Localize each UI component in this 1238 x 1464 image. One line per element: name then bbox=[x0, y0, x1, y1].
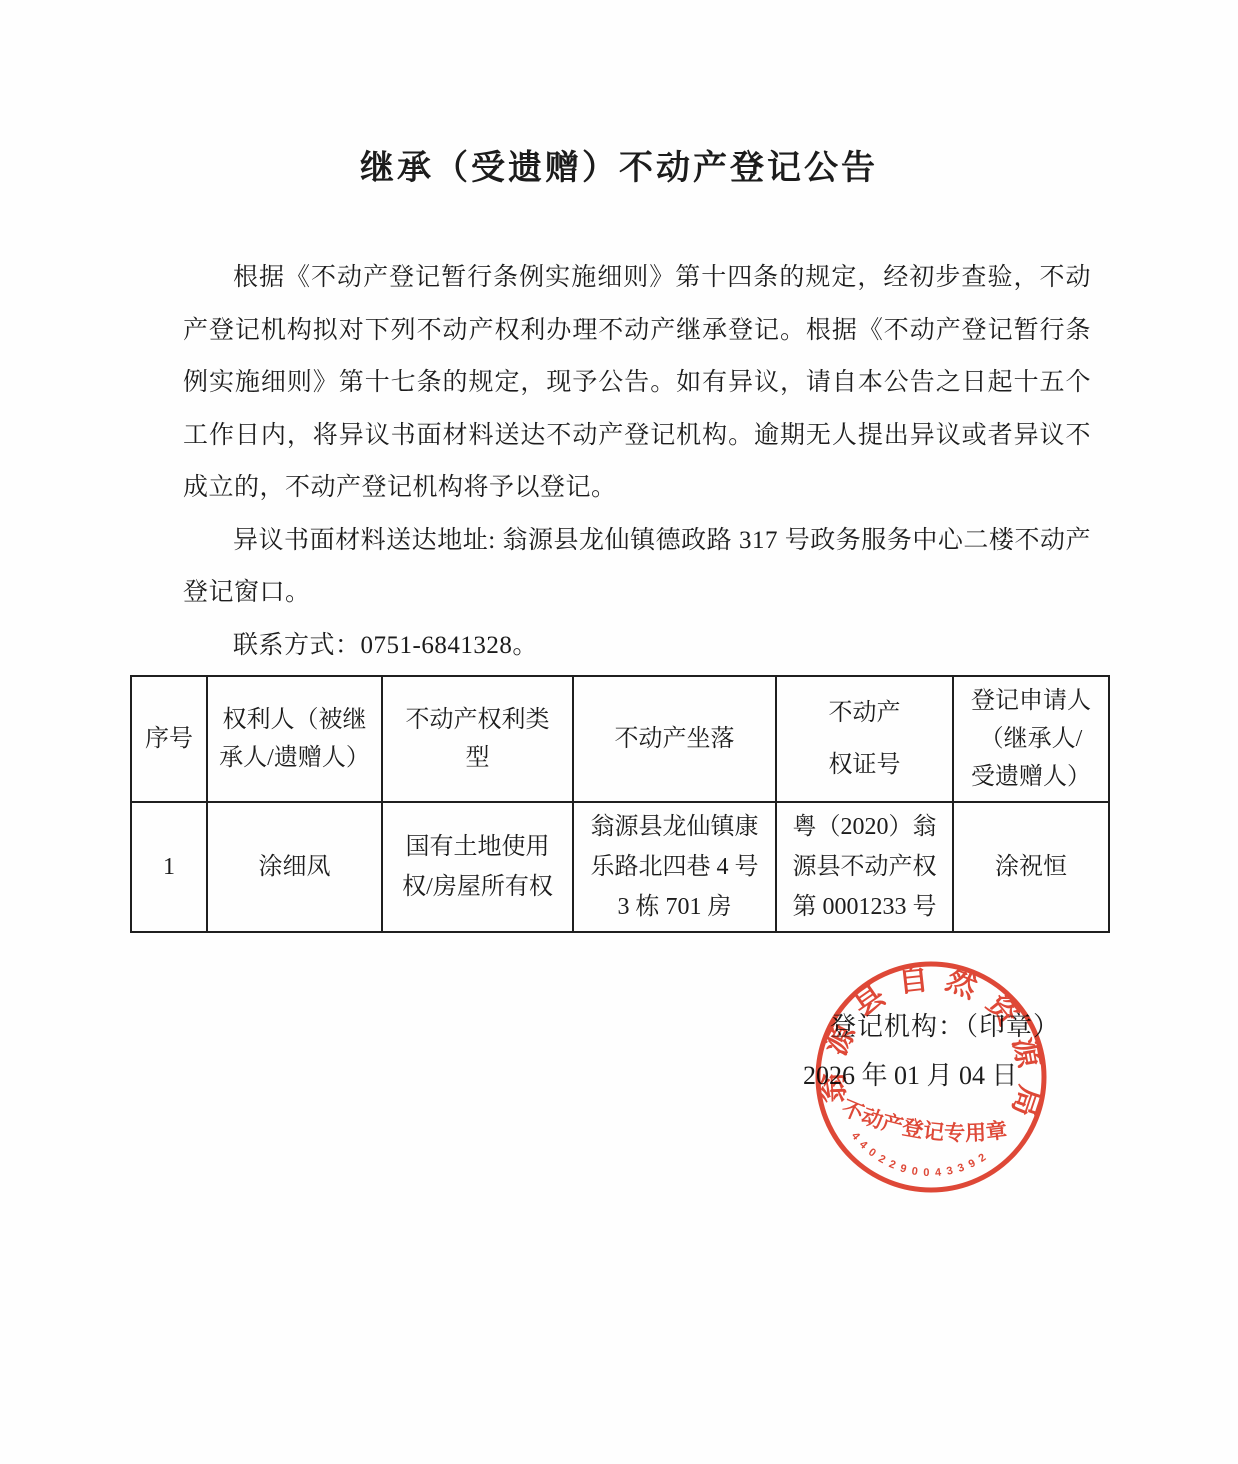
announcement-document: 继承（受遗赠）不动产登记公告 根据《不动产登记暂行条例实施细则》第十四条的规定，… bbox=[0, 0, 1238, 1464]
table-row: 1 涂细凤 国有土地使用 权/房屋所有权 翁源县龙仙镇康 乐路北四巷 4 号 3… bbox=[131, 802, 1109, 932]
col-header-right-holder: 权利人（被继 承人/遗赠人） bbox=[207, 676, 382, 802]
body-text: 根据《不动产登记暂行条例实施细则》第十四条的规定，经初步查验，不动产登记机构拟对… bbox=[183, 252, 1091, 672]
page-title: 继承（受遗赠）不动产登记公告 bbox=[0, 140, 1238, 189]
col-header-index: 序号 bbox=[131, 676, 207, 802]
table-header-row: 序号 权利人（被继 承人/遗赠人） 不动产权利类 型 不动产坐落 不动产 权证号… bbox=[131, 676, 1109, 802]
col-header-certificate-no: 不动产 权证号 bbox=[776, 676, 953, 802]
cell-certificate-no: 粤（2020）翁 源县不动产权 第 0001233 号 bbox=[776, 802, 953, 932]
paragraph-regulation: 根据《不动产登记暂行条例实施细则》第十四条的规定，经初步查验，不动产登记机构拟对… bbox=[183, 252, 1091, 515]
registration-table: 序号 权利人（被继 承人/遗赠人） 不动产权利类 型 不动产坐落 不动产 权证号… bbox=[130, 675, 1110, 933]
cell-location: 翁源县龙仙镇康 乐路北四巷 4 号 3 栋 701 房 bbox=[573, 802, 776, 932]
col-header-right-type: 不动产权利类 型 bbox=[382, 676, 573, 802]
cell-index: 1 bbox=[131, 802, 207, 932]
paragraph-contact: 联系方式：0751-6841328。 bbox=[183, 620, 1091, 673]
cell-right-holder: 涂细凤 bbox=[207, 802, 382, 932]
cell-right-type: 国有土地使用 权/房屋所有权 bbox=[382, 802, 573, 932]
col-header-applicant: 登记申请人 （继承人/ 受遗赠人） bbox=[953, 676, 1109, 802]
official-seal: 翁源县自然资源局 4402290043392 不动产登记专用章 bbox=[811, 957, 1051, 1197]
cell-applicant: 涂祝恒 bbox=[953, 802, 1109, 932]
col-header-location: 不动产坐落 bbox=[573, 676, 776, 802]
paragraph-objection-address: 异议书面材料送达地址: 翁源县龙仙镇德政路 317 号政务服务中心二楼不动产登记… bbox=[183, 515, 1091, 620]
